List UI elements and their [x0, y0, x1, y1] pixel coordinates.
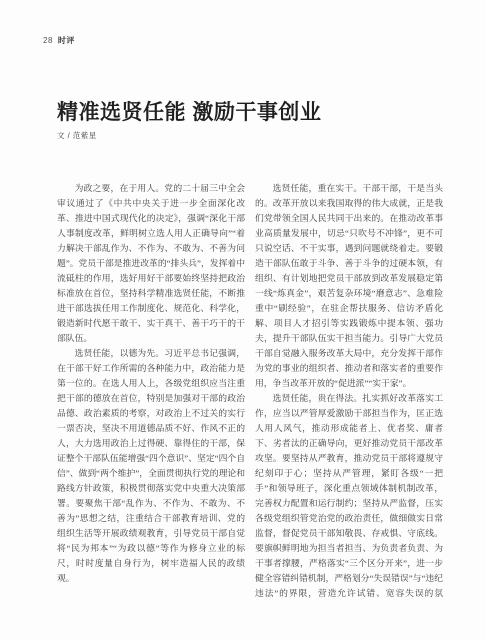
article-title: 精准选贤任能 激励干事创业 [57, 96, 321, 126]
section-label: 时评 [58, 36, 75, 45]
article-body: 为政之要，在于用人。党的二十届三中全会审议通过了《中共中央关于进一步全面深化改革… [57, 181, 443, 603]
paragraph-2: 选贤任能，以德为先。习近平总书记强调，在干部干好工作所需的各种能力中，政治能力是… [57, 346, 245, 586]
magazine-page: 28时评 精准选贤任能 激励干事创业 文 / 范紫星 为政之要，在于用人。党的二… [0, 0, 485, 640]
page-number: 28 [43, 36, 53, 45]
paragraph-3: 选贤任能，重在实干。干部干部，干是当头的。改革开放以来我国取得的伟大成就，正是我… [255, 181, 443, 391]
page-header: 28时评 [43, 35, 75, 46]
article-byline: 文 / 范紫星 [57, 130, 97, 141]
paragraph-1: 为政之要，在于用人。党的二十届三中全会审议通过了《中共中央关于进一步全面深化改革… [57, 181, 245, 346]
